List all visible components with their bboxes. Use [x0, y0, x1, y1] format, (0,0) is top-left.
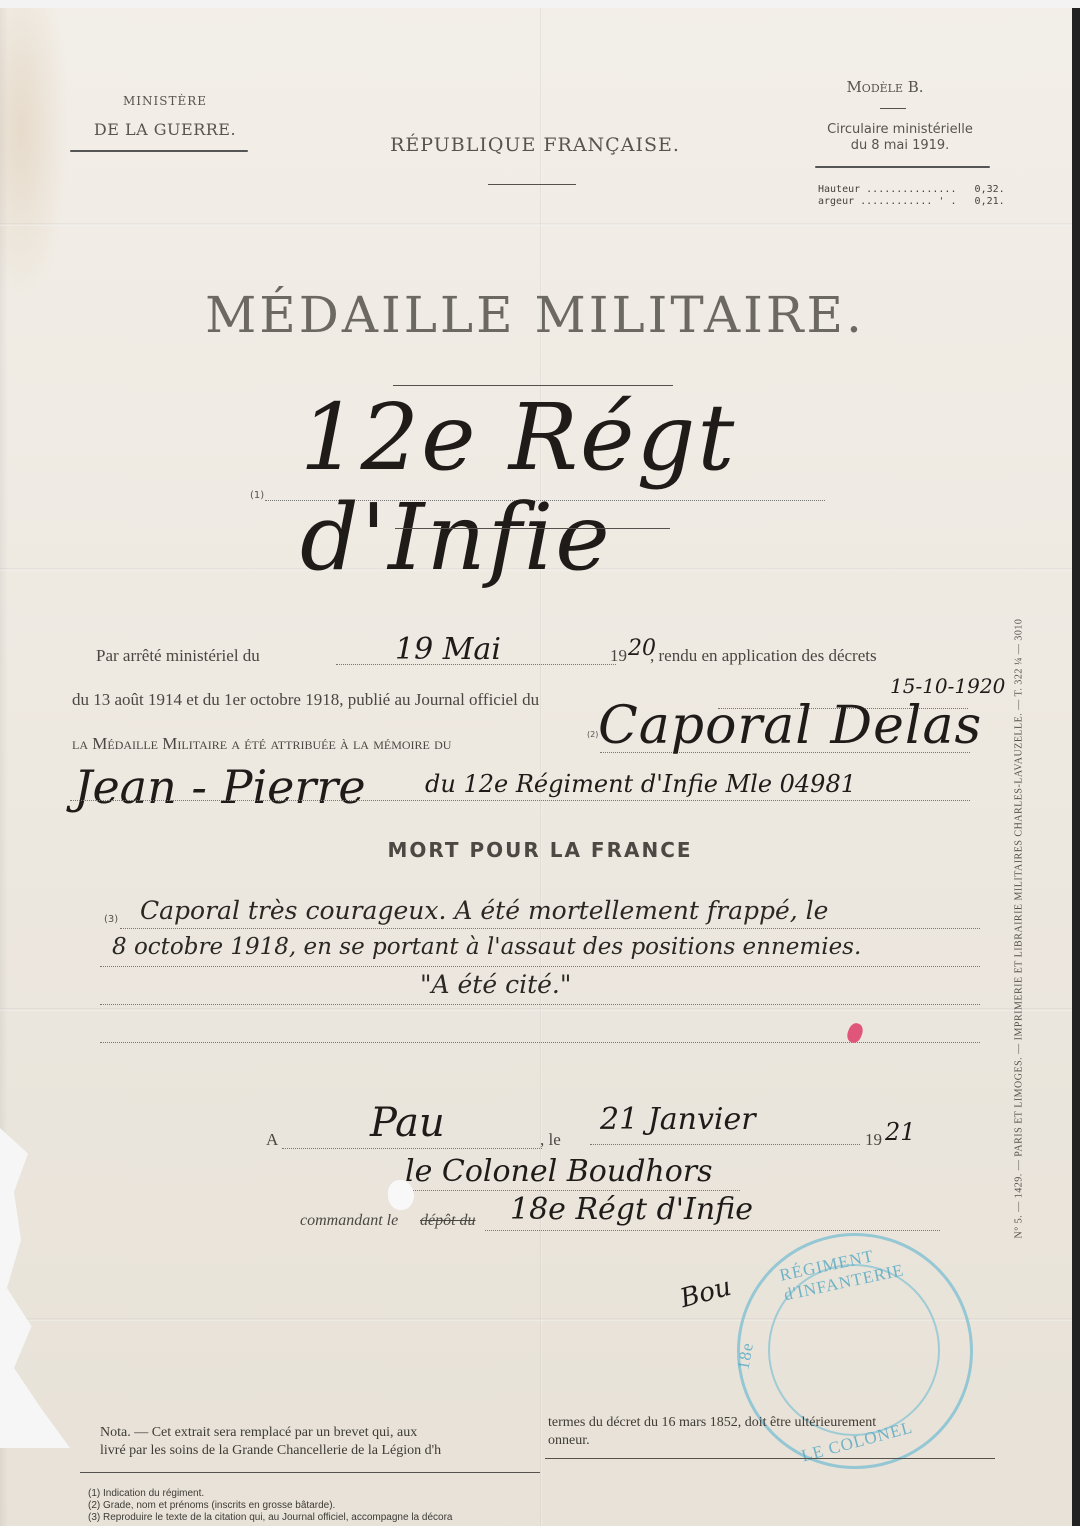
- fill-line: [282, 1148, 542, 1149]
- divider: [880, 108, 906, 109]
- decree-date-handwritten: 19 Mai: [395, 632, 501, 667]
- decree-suffix: , rendu en application des décrets: [650, 646, 877, 666]
- decree-line-2: du 13 août 1914 et du 1er octobre 1918, …: [72, 690, 539, 710]
- fill-line: [590, 1144, 860, 1145]
- divider: [395, 528, 670, 529]
- footnote-marker: (3): [104, 914, 118, 925]
- fill-line: [100, 1042, 980, 1043]
- decree-line-3: la Médaille Militaire a été attribuée à …: [72, 734, 451, 754]
- recipient-unit: du 12e Régiment d'Infie Mle 04981: [425, 770, 856, 798]
- decree-year-prefix: 19: [610, 646, 627, 666]
- ministry-label: MINISTÈRE: [100, 94, 230, 108]
- signer-handwritten: le Colonel Boudhors: [405, 1154, 713, 1189]
- ornament-divider: [70, 150, 248, 152]
- fill-line: [100, 1004, 980, 1005]
- citation-line: 8 octobre 1918, en se portant à l'assaut…: [112, 934, 861, 960]
- divider: [80, 1472, 540, 1473]
- stamp-left-text: 18e: [734, 1341, 758, 1372]
- age-stain: [0, 8, 70, 308]
- nota-left-1: Nota. — Cet extrait sera remplacé par un…: [100, 1424, 417, 1442]
- torn-edge: [0, 1128, 70, 1448]
- ornament-divider: [815, 166, 990, 168]
- footnote: (3) Reproduire le texte de la citation q…: [88, 1512, 452, 1524]
- fill-line: [70, 800, 970, 801]
- circular-line: Circulaire ministérielle: [800, 122, 1000, 138]
- horizontal-crease: [0, 223, 1072, 226]
- date-handwritten: 21 Janvier: [600, 1102, 756, 1137]
- citation-line: Caporal très courageux. A été mortelleme…: [140, 896, 828, 925]
- place-prefix: A: [266, 1130, 278, 1150]
- date-prefix: , le: [540, 1130, 561, 1150]
- footnote-marker: (2): [587, 730, 598, 739]
- scan-top-edge: [0, 0, 1080, 8]
- nota-left-2: livré par les soins de la Grande Chancel…: [100, 1442, 441, 1460]
- command-prefix: commandant le: [300, 1212, 398, 1230]
- divider: [488, 184, 576, 185]
- footnote-marker: (1): [250, 490, 264, 501]
- dimension-row: Hauteur ............... 0,32.: [818, 184, 1005, 196]
- circular-reference: Circulaire ministérielle du 8 mai 1919.: [800, 122, 1000, 154]
- horizontal-crease: [0, 1008, 1072, 1011]
- decree-prefix: Par arrêté ministériel du: [96, 646, 260, 666]
- command-struck-text: dépôt du: [420, 1212, 476, 1230]
- fill-line: [400, 1190, 740, 1191]
- divider: [545, 1458, 995, 1459]
- year-handwritten: 21: [885, 1118, 916, 1146]
- circular-date: du 8 mai 1919.: [800, 138, 1000, 154]
- document-title: MÉDAILLE MILITAIRE.: [175, 286, 895, 344]
- fill-line: [120, 928, 980, 929]
- ministry-name: DE LA GUERRE.: [70, 120, 260, 139]
- fill-line: [100, 966, 980, 967]
- year-prefix: 19: [865, 1130, 882, 1150]
- regiment-stamp: RÉGIMENT d'INFANTERIE 18e LE COLONEL: [737, 1233, 973, 1469]
- recipient-rank-name: Caporal Delas: [598, 696, 982, 756]
- scan-right-edge: [1072, 8, 1080, 1526]
- footnote: (2) Grade, nom et prénoms (inscrits en g…: [88, 1500, 335, 1512]
- dimension-row: argeur ............ ' . 0,21.: [818, 196, 1005, 208]
- place-handwritten: Pau: [370, 1100, 445, 1146]
- recipient-first-names: Jean - Pierre: [74, 760, 366, 814]
- vertical-fold: [540, 8, 542, 1526]
- nota-right-2: onneur.: [548, 1432, 590, 1450]
- signature-initials: Bou: [677, 1272, 735, 1314]
- dimensions-table: Hauteur ............... 0,32. argeur ...…: [818, 184, 1005, 208]
- journal-date-handwritten: 15-10-1920: [890, 674, 1005, 698]
- paper-hole: [388, 1180, 414, 1210]
- printer-imprint: N° 5. — 1429. — PARIS ET LIMOGES. — IMPR…: [1004, 588, 1024, 1278]
- citation-line: "A été cité.": [420, 970, 571, 999]
- printer-imprint-text: N° 5. — 1429. — PARIS ET LIMOGES. — IMPR…: [1014, 584, 1025, 1274]
- nota-right-1: termes du décret du 16 mars 1852, doit ê…: [548, 1414, 876, 1432]
- footnote: (1) Indication du régiment.: [88, 1488, 204, 1500]
- republic-heading: RÉPUBLIQUE FRANÇAISE.: [350, 134, 720, 156]
- regiment-handwritten: 12e Régt d'Infie: [300, 388, 1072, 588]
- fill-line: [485, 1230, 940, 1231]
- death-mention: MORT POUR LA FRANCE: [290, 838, 790, 862]
- model-label: Modèle B.: [820, 78, 950, 96]
- certificate-sheet: MINISTÈRE DE LA GUERRE. RÉPUBLIQUE FRANÇ…: [0, 8, 1072, 1526]
- command-handwritten: 18e Régt d'Infie: [510, 1192, 753, 1227]
